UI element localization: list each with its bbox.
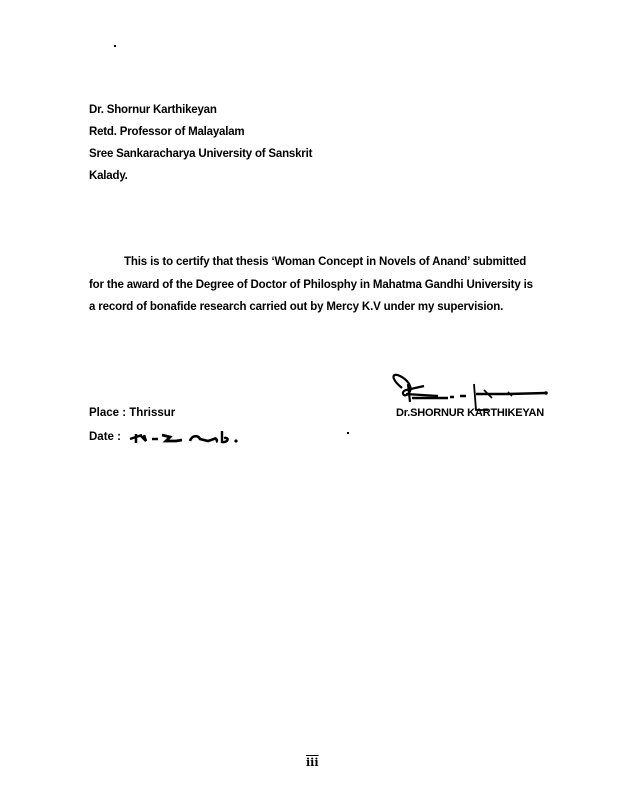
certificate-line-3: a record of bonafide research carried ou… (89, 301, 503, 313)
document-page: Dr. Shornur Karthikeyan Retd. Professor … (0, 0, 634, 809)
place-line: Place : Thrissur (89, 407, 175, 419)
certificate-line-1: This is to certify that thesis ‘Woman Co… (124, 256, 526, 268)
certificate-line-2: for the award of the Degree of Doctor of… (89, 279, 533, 291)
scan-speck (347, 432, 349, 434)
author-title: Retd. Professor of Malayalam (89, 126, 244, 138)
handwritten-date (128, 429, 243, 447)
author-location: Kalady. (89, 170, 128, 182)
page-number: iii (306, 756, 319, 769)
date-label: Date : (89, 431, 121, 443)
author-institution: Sree Sankaracharya University of Sanskri… (89, 148, 312, 160)
signatory-name: Dr.SHORNUR KARTHIKEYAN (396, 407, 544, 419)
scan-speck (114, 45, 116, 47)
author-name: Dr. Shornur Karthikeyan (89, 104, 217, 116)
